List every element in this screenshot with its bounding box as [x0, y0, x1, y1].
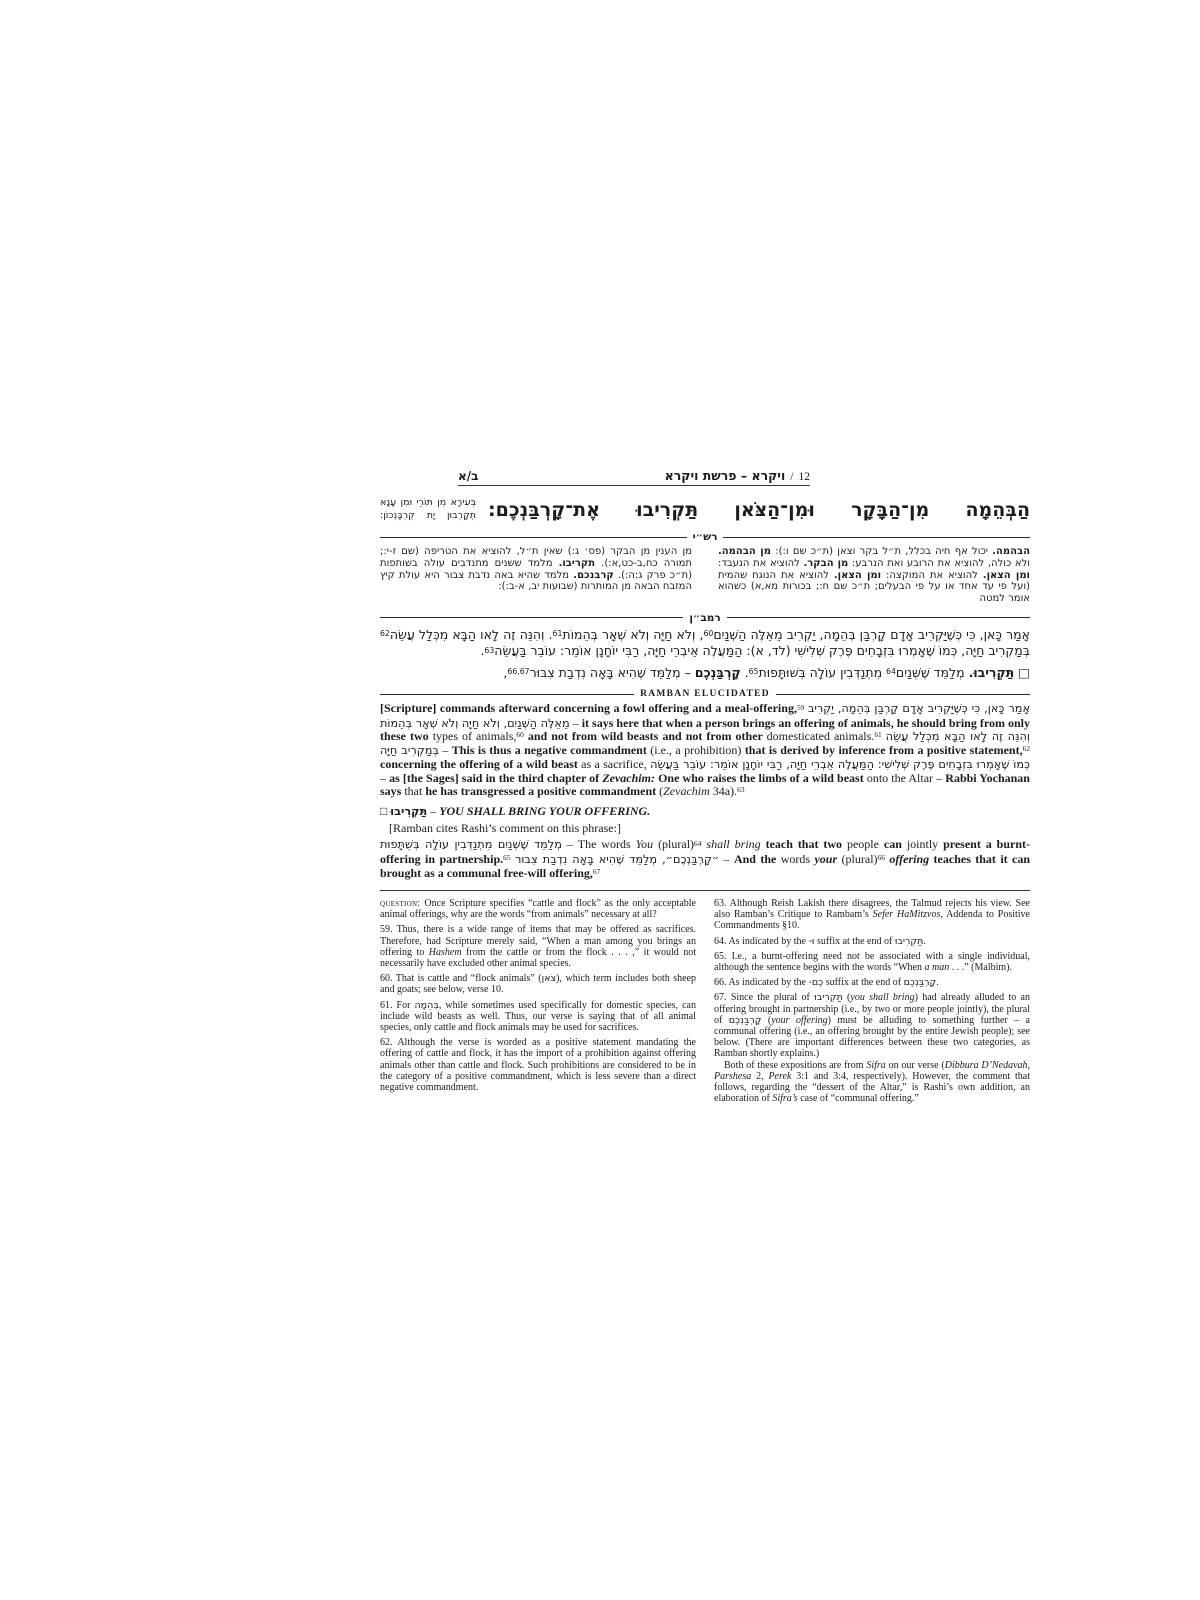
divider-line [727, 617, 1030, 618]
rashi-commentary-right-column: הבהמה. יכול אף חיה בכלל, ת״ל בקר וצאן (ת… [718, 546, 1030, 605]
page-header: א/ב ויקרא – פרשת ויקרא / 12 [380, 468, 1030, 486]
divider-line [380, 617, 683, 618]
ramban-section-divider: רמב״ן [380, 612, 1030, 624]
rashi-commentary: הבהמה. יכול אף חיה בכלל, ת״ל בקר וצאן (ת… [380, 546, 1030, 605]
text-block: א/ב ויקרא – פרשת ויקרא / 12 בְּעִירָא מִ… [380, 468, 1030, 1108]
divider-line [723, 537, 1030, 538]
footnotes: question: Once Scripture specifies “catt… [380, 898, 1030, 1108]
rashi-label: רש״י [687, 531, 724, 543]
book-parsha-title: ויקרא – פרשת ויקרא [665, 468, 786, 483]
divider-line [380, 694, 634, 695]
divider-line [380, 537, 687, 538]
header-separator: / [790, 471, 793, 483]
targum-line: תְּקָרְבוּן יָת קֻרְבָּנְכוֹן: [380, 510, 476, 523]
ramban-elucidated-divider: RAMBAN ELUCIDATED [380, 689, 1030, 699]
verse-row: בְּעִירָא מִן תּוֹרֵי וּמִן עָנָא תְּקָר… [380, 497, 1030, 524]
elucidated-commentary: [Scripture] commands afterward concernin… [380, 702, 1030, 880]
ramban-label: רמב״ן [683, 612, 726, 624]
ramban-hebrew-text: אָמַר כָּאן, כִּי כְּשֶׁיַּקְרִיב אָדָם … [380, 628, 1030, 683]
rashi-section-divider: רש״י [380, 531, 1030, 543]
targum-onkelos: בְּעִירָא מִן תּוֹרֵי וּמִן עָנָא תְּקָר… [380, 497, 476, 522]
footnotes-right-column: 63. Although Reish Lakish there disagree… [714, 898, 1030, 1108]
header-rule: א/ב ויקרא – פרשת ויקרא / 12 [458, 468, 810, 486]
page-number: 12 [799, 471, 811, 483]
footnotes-separator-rule [380, 890, 1030, 891]
header-title-group: ויקרא – פרשת ויקרא / 12 [665, 468, 810, 483]
chumash-verse: הַבְּהֵמָה מִן־הַבָּקָר וּמִן־הַצֹּאן תַ… [488, 497, 1030, 524]
targum-line: בְּעִירָא מִן תּוֹרֵי וּמִן עָנָא [380, 497, 476, 510]
ramban-elucidated-label: RAMBAN ELUCIDATED [634, 689, 776, 699]
divider-line [776, 694, 1030, 695]
page: { "colors": { "page_background": "#fffff… [0, 0, 1200, 1600]
rashi-commentary-left-column: מן הענין מן הבקר (פס׳ ג:) שאין ת״ל, להוצ… [380, 546, 692, 605]
verse-reference: א/ב [458, 469, 478, 483]
footnotes-left-column: question: Once Scripture specifies “catt… [380, 898, 696, 1108]
